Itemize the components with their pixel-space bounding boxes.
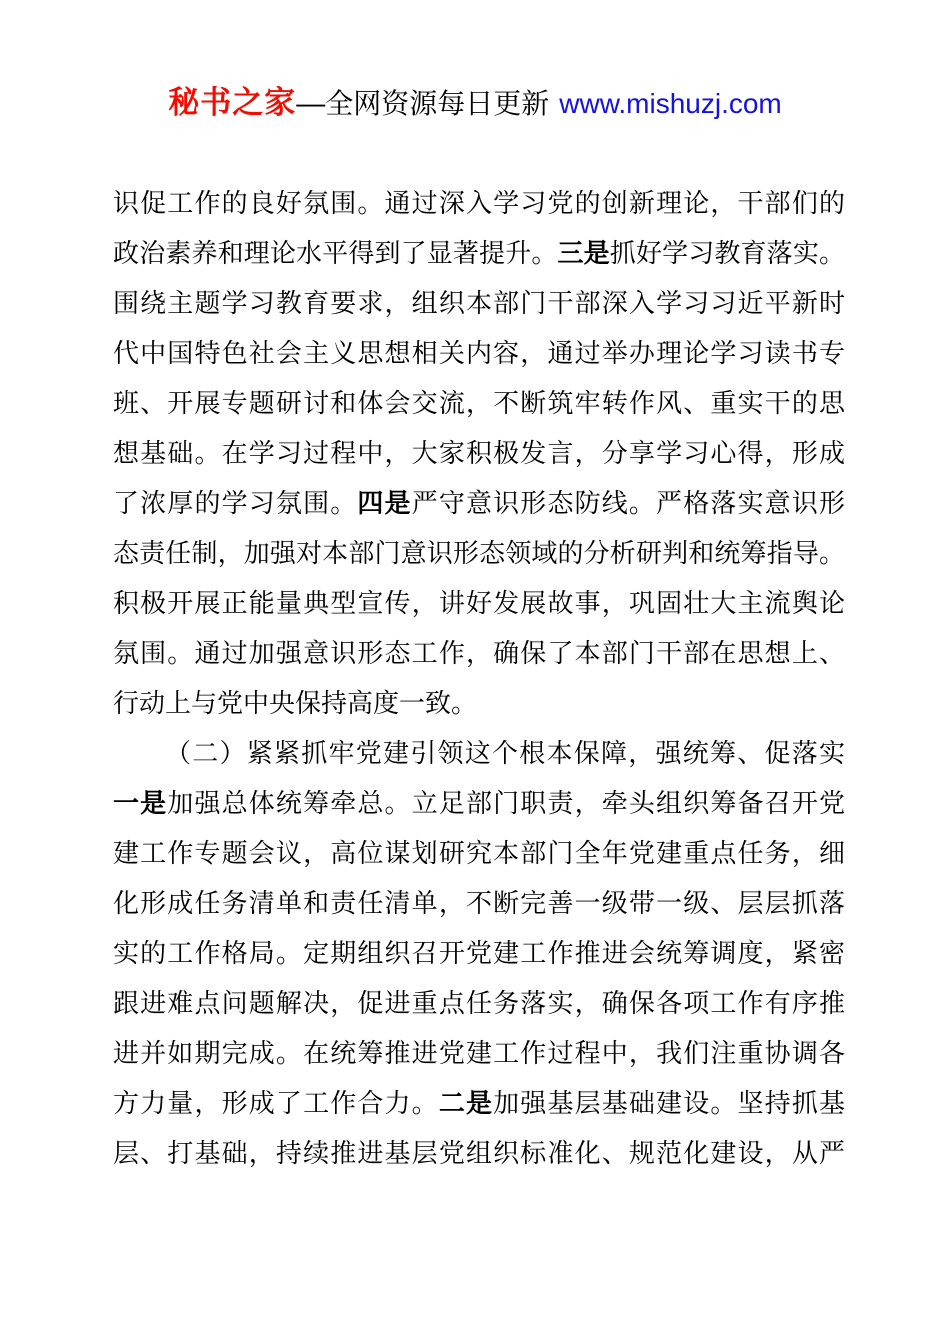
text-line: 代中国特色社会主义思想相关内容，通过举办理论学习读书专 [113, 328, 845, 378]
text-line: 进并如期完成。在统筹推进党建工作过程中，我们注重协调各 [113, 1028, 845, 1078]
bold-run: 一是 [113, 788, 167, 818]
text-run: 层、打基础，持续推进基层党组织标准化、规范化建设，从严 [113, 1138, 845, 1168]
text-line: 积极开展正能量典型宣传，讲好发展故事，巩固壮大主流舆论 [113, 578, 845, 628]
document-page: 秘书之家—全网资源每日更新www.mishuzj.com 识促工作的良好氛围。通… [0, 0, 950, 1344]
text-line: 跟进难点问题解决，促进重点任务落实，确保各项工作有序推 [113, 978, 845, 1028]
text-line: 政治素养和理论水平得到了显著提升。三是抓好学习教育落实。 [113, 228, 845, 278]
bold-run: 二是 [439, 1088, 493, 1118]
bold-run: 四是 [357, 488, 411, 518]
text-line: 了浓厚的学习氛围。四是严守意识形态防线。严格落实意识形 [113, 478, 845, 528]
text-run: 加强总体统筹牵总。立足部门职责，牵头组织筹备召开党 [167, 788, 845, 818]
text-run: 方力量，形成了工作合力。 [113, 1088, 439, 1118]
text-line: 行动上与党中央保持高度一致。 [113, 678, 845, 728]
site-brand: 秘书之家 [168, 85, 296, 120]
text-run: 代中国特色社会主义思想相关内容，通过举办理论学习读书专 [113, 338, 845, 368]
text-run: （二）紧紧抓牢党建引领这个根本保障，强统筹、促落实 [165, 738, 845, 768]
text-line: 态责任制，加强对本部门意识形态领域的分析研判和统筹指导。 [113, 528, 845, 578]
header-separator: — [296, 88, 325, 120]
text-run: 氛围。通过加强意识形态工作，确保了本部门干部在思想上、 [113, 638, 845, 668]
text-run: 班、开展专题研讨和体会交流，不断筑牢转作风、重实干的思 [113, 388, 845, 418]
text-run: 了浓厚的学习氛围。 [113, 488, 357, 518]
text-line: 实的工作格局。定期组织召开党建工作推进会统筹调度，紧密 [113, 928, 845, 978]
site-url-link[interactable]: www.mishuzj.com [559, 88, 781, 119]
text-line: 氛围。通过加强意识形态工作，确保了本部门干部在思想上、 [113, 628, 845, 678]
text-run: 建工作专题会议，高位谋划研究本部门全年党建重点任务，细 [113, 838, 845, 868]
text-run: 态责任制，加强对本部门意识形态领域的分析研判和统筹指导。 [113, 538, 845, 568]
text-run: 化形成任务清单和责任清单，不断完善一级带一级、层层抓落 [113, 888, 845, 918]
text-run: 实的工作格局。定期组织召开党建工作推进会统筹调度，紧密 [113, 938, 845, 968]
bold-run: 三是 [558, 238, 610, 268]
text-run: 加强基层基础建设。坚持抓基 [493, 1088, 845, 1118]
text-line: 化形成任务清单和责任清单，不断完善一级带一级、层层抓落 [113, 878, 845, 928]
text-run: 严守意识形态防线。严格落实意识形 [412, 488, 845, 518]
site-header: 秘书之家—全网资源每日更新www.mishuzj.com [0, 84, 950, 123]
text-run: 行动上与党中央保持高度一致。 [113, 688, 477, 718]
text-run: 进并如期完成。在统筹推进党建工作过程中，我们注重协调各 [113, 1038, 845, 1068]
text-run: 政治素养和理论水平得到了显著提升。 [113, 238, 558, 268]
text-line: 班、开展专题研讨和体会交流，不断筑牢转作风、重实干的思 [113, 378, 845, 428]
text-line: 建工作专题会议，高位谋划研究本部门全年党建重点任务，细 [113, 828, 845, 878]
text-line: 识促工作的良好氛围。通过深入学习党的创新理论，干部们的 [113, 178, 845, 228]
text-run: 抓好学习教育落实。 [610, 238, 845, 268]
text-run: 积极开展正能量典型宣传，讲好发展故事，巩固壮大主流舆论 [113, 588, 845, 618]
text-line: 想基础。在学习过程中，大家积极发言，分享学习心得，形成 [113, 428, 845, 478]
text-run: 识促工作的良好氛围。通过深入学习党的创新理论，干部们的 [113, 188, 845, 218]
text-line: 方力量，形成了工作合力。二是加强基层基础建设。坚持抓基 [113, 1078, 845, 1128]
header-tagline: 全网资源每日更新 [325, 88, 549, 119]
text-line: （二）紧紧抓牢党建引领这个根本保障，强统筹、促落实 [113, 728, 845, 778]
text-run: 围绕主题学习教育要求，组织本部门干部深入学习习近平新时 [113, 288, 845, 318]
text-line: 一是加强总体统筹牵总。立足部门职责，牵头组织筹备召开党 [113, 778, 845, 828]
document-content: 识促工作的良好氛围。通过深入学习党的创新理论，干部们的政治素养和理论水平得到了显… [113, 178, 845, 1178]
text-line: 层、打基础，持续推进基层党组织标准化、规范化建设，从严 [113, 1128, 845, 1178]
text-run: 跟进难点问题解决，促进重点任务落实，确保各项工作有序推 [113, 988, 845, 1018]
text-line: 围绕主题学习教育要求，组织本部门干部深入学习习近平新时 [113, 278, 845, 328]
text-run: 想基础。在学习过程中，大家积极发言，分享学习心得，形成 [113, 438, 845, 468]
